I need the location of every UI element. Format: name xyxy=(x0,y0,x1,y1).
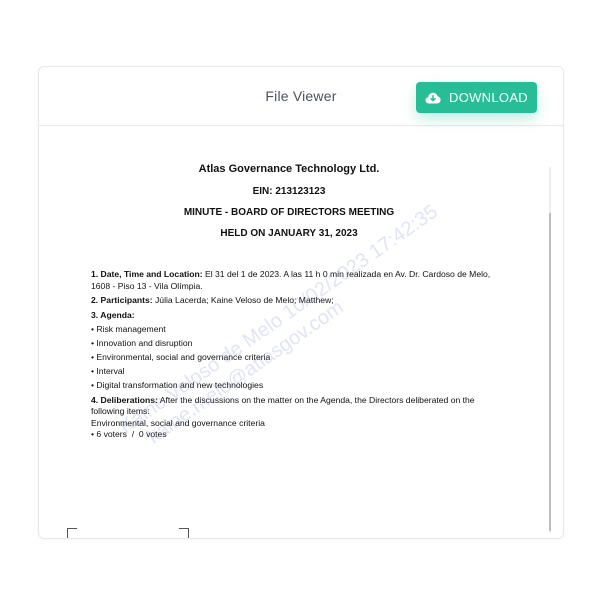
agenda-item: • Interval xyxy=(91,366,491,378)
signature-icon xyxy=(95,534,165,538)
file-viewer-card: File Viewer DOWNLOAD Atlas Governance Te… xyxy=(38,66,564,539)
ein: EIN: 213123123 xyxy=(39,186,539,197)
document-page: Atlas Governance Technology Ltd. EIN: 21… xyxy=(39,126,549,538)
agenda-item: • Innovation and disruption xyxy=(91,338,491,350)
held-on: HELD ON JANUARY 31, 2023 xyxy=(39,228,539,239)
signature-box xyxy=(67,528,189,538)
minute-body: 1. Date, Time and Location: El 31 del 1 … xyxy=(91,269,491,441)
corner-mark xyxy=(67,528,77,538)
agenda-item: • Risk management xyxy=(91,324,491,336)
section-deliberations: 4. Deliberations: After the discussions … xyxy=(91,395,491,418)
agenda-item: • Digital transformation and new technol… xyxy=(91,380,491,392)
download-button[interactable]: DOWNLOAD xyxy=(416,82,537,113)
agenda-item: • Environmental, social and governance c… xyxy=(91,352,491,364)
section-participants-text: Júlia Lacerda; Kaine Veloso de Melo; Mat… xyxy=(153,295,334,305)
cloud-download-icon xyxy=(425,92,441,104)
viewer-header: File Viewer DOWNLOAD xyxy=(39,67,563,126)
section-date: 1. Date, Time and Location: El 31 del 1 … xyxy=(91,269,491,292)
deliberation-item: Environmental, social and governance cri… xyxy=(91,418,491,430)
section-participants: 2. Participants: Júlia Lacerda; Kaine Ve… xyxy=(91,295,491,307)
download-label: DOWNLOAD xyxy=(449,90,528,105)
section-agenda-label: 3. Agenda: xyxy=(91,310,135,320)
section-participants-label: 2. Participants: xyxy=(91,295,153,305)
scrollbar-thumb[interactable] xyxy=(549,213,551,531)
section-deliberations-label: 4. Deliberations: xyxy=(91,395,158,405)
deliberation-votes: • 6 voters / 0 votes xyxy=(91,429,491,441)
company-name: Atlas Governance Technology Ltd. xyxy=(39,163,539,175)
section-agenda: 3. Agenda: xyxy=(91,310,491,322)
corner-mark xyxy=(179,528,189,538)
section-date-label: 1. Date, Time and Location: xyxy=(91,269,203,279)
document-viewer[interactable]: Atlas Governance Technology Ltd. EIN: 21… xyxy=(39,126,563,538)
minute-title: MINUTE - BOARD OF DIRECTORS MEETING xyxy=(39,207,539,218)
